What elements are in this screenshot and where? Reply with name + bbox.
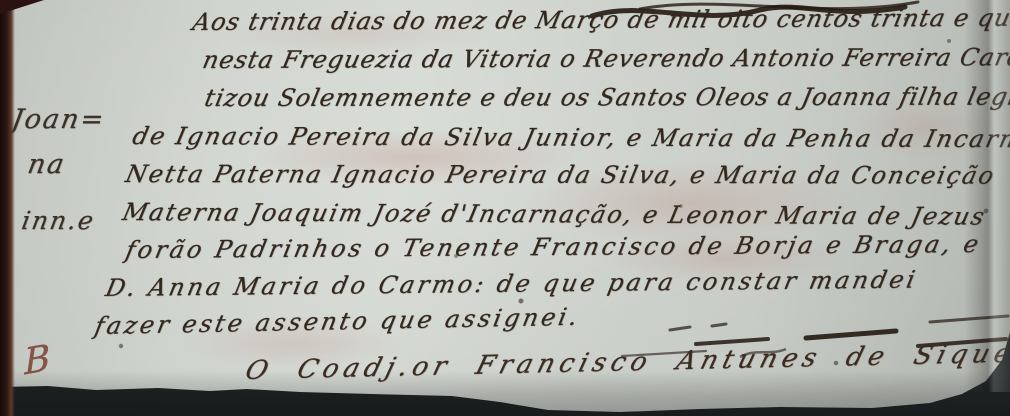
record-line-7: forão Padrinhos o Tenente Francisco de B… [123, 230, 984, 264]
record-line-5: Netta Paterna Ignacio Pereira da Silva, … [123, 160, 998, 190]
margin-note: Joan= na inn.e [8, 104, 118, 195]
margin-note-line: na [25, 149, 140, 180]
record-line-2: nesta Freguezia da Vitoria o Reverendo A… [200, 43, 1010, 74]
margin-note-line: Joan= [9, 104, 124, 135]
record-line-3: tizou Solemnemente e deu os Santos Oleos… [202, 82, 1010, 112]
scanned-manuscript-photo: Joan= na inn.e Aos trinta dias do mez de… [0, 0, 1010, 416]
record-line-8: D. Anna Maria do Carmo: de que para cons… [103, 266, 920, 302]
record-line-9: fazer este assento que assignei. [92, 303, 582, 340]
priest-signature: O Coadj.or Francisco Antunes de Siqueira [242, 338, 1010, 386]
manuscript-page: Joan= na inn.e Aos trinta dias do mez de… [0, 0, 1010, 416]
book-gutter-edge [0, 0, 15, 416]
margin-note-line: inn.e [19, 206, 134, 235]
record-line-4: de Ignacio Pereira da Silva Junior, e Ma… [130, 122, 1010, 153]
corner-mark: B [23, 338, 51, 384]
record-line-6: Materna Joaquim Jozé d'Incarnação, e Leo… [120, 198, 989, 231]
record-line-1: Aos trinta dias do mez de Março de mil o… [190, 3, 1010, 36]
